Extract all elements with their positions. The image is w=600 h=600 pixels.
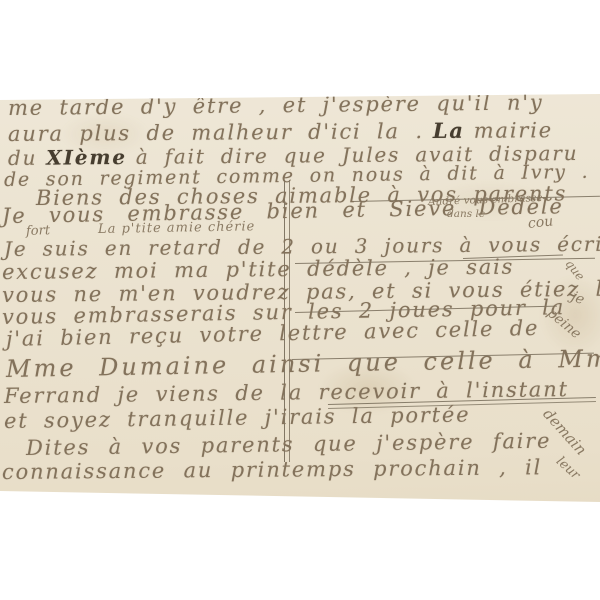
postcard: me tarde d'y être , et j'espère qu'il n'… [0,0,600,600]
paper-vignette [0,0,600,600]
scanned-postcard-page: me tarde d'y être , et j'espère qu'il n'… [0,0,600,600]
